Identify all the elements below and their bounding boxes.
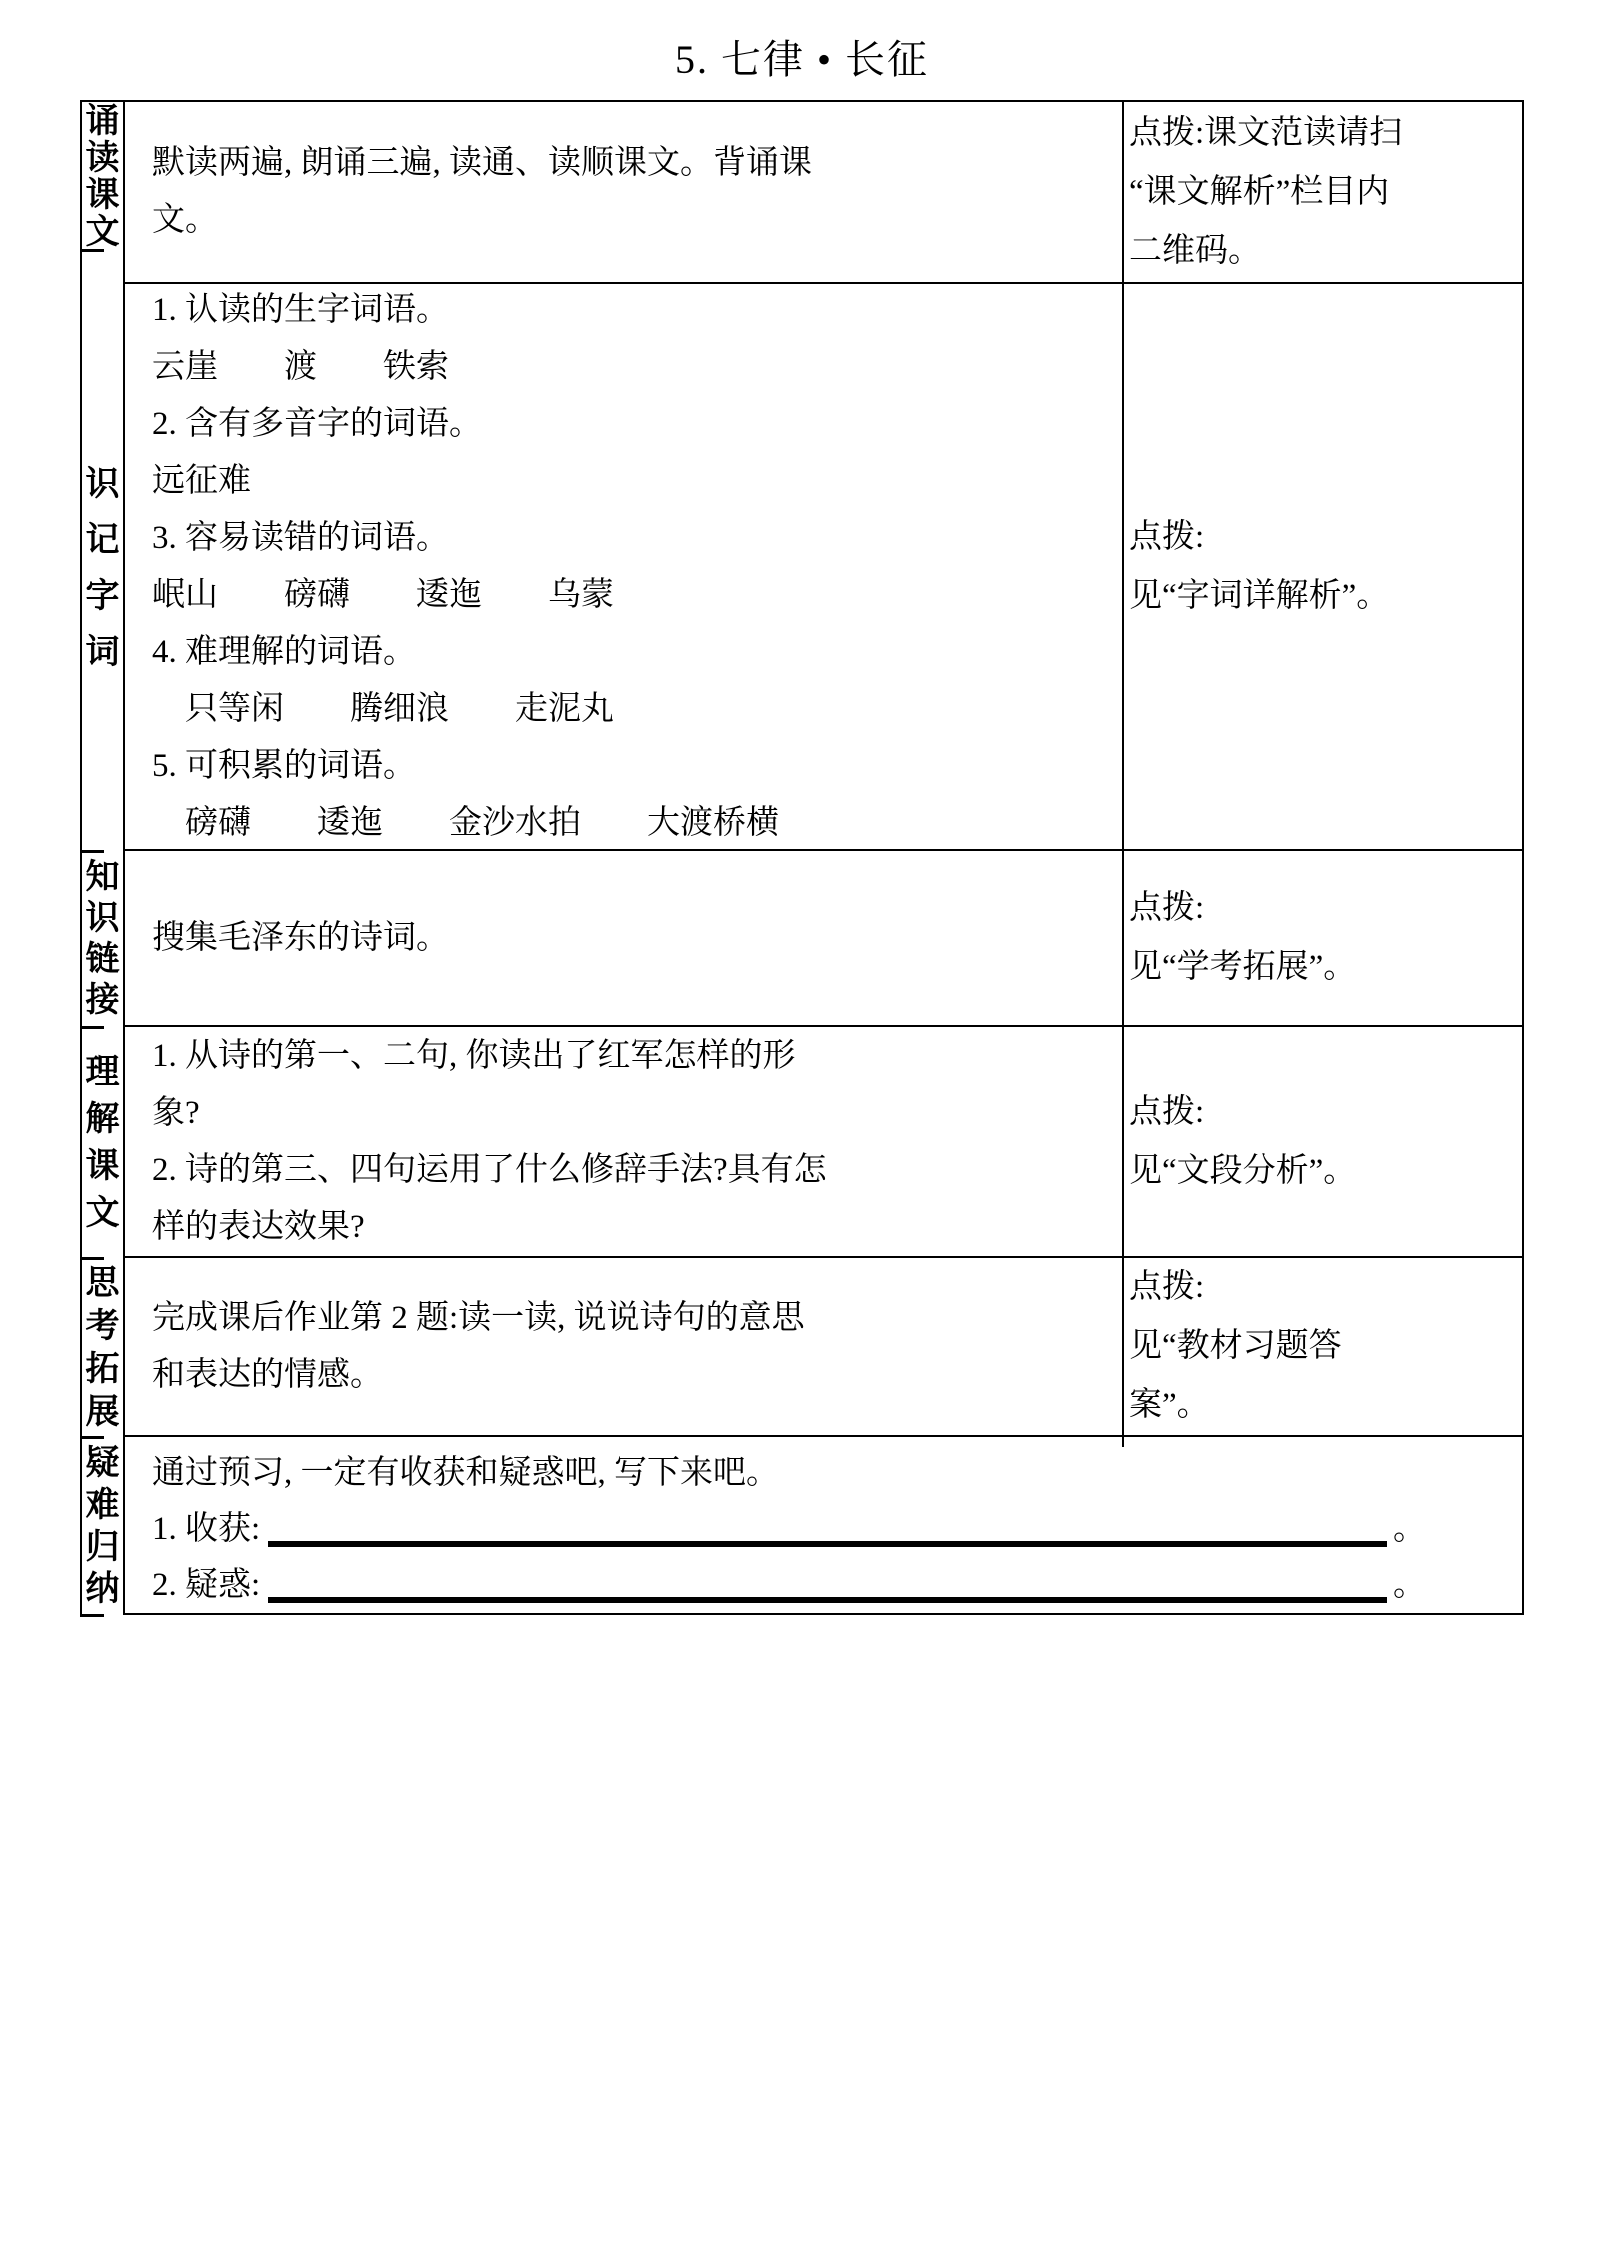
row-tip-understand-text: 点拨: 见“文段分析”。 bbox=[1122, 1027, 1524, 1258]
row-content-recite-text: 默读两遍, 朗诵三遍, 读通、读顺课文。背诵课 文。 bbox=[123, 102, 1122, 284]
row-tip-knowledge-links: 点拨: 见“学考拓展”。 bbox=[1122, 851, 1524, 1027]
content-text: 完成课后作业第 2 题:读一读, 说说诗句的意思 和表达的情感。 bbox=[152, 1290, 1112, 1404]
doubt-underline bbox=[268, 1597, 1387, 1603]
summary-intro-text: 通过预习, 一定有收获和疑惑吧, 写下来吧。 bbox=[152, 1445, 1522, 1501]
tip-text: 点拨: 见“字词详解析”。 bbox=[1129, 508, 1520, 626]
row-tip-think-extend: 点拨: 见“教材习题答 案”。 bbox=[1122, 1258, 1524, 1437]
content-text: 1. 认读的生字词语。 云崖 渡 铁索 2. 含有多音字的词语。 远征难 3. … bbox=[152, 282, 1112, 852]
gain-period: 。 bbox=[1393, 1501, 1426, 1557]
row-content-knowledge-links: 搜集毛泽东的诗词。 bbox=[123, 851, 1122, 1027]
doubt-period: 。 bbox=[1393, 1557, 1426, 1613]
row-label-recite-text: 诵读课文 bbox=[80, 102, 123, 284]
row-tip-recite-text: 点拨:课文范读请扫 “课文解析”栏目内 二维码。 bbox=[1122, 102, 1524, 284]
content-text: 默读两遍, 朗诵三遍, 读通、读顺课文。背诵课 文。 bbox=[152, 135, 1112, 249]
row-content-questions-summary: 通过预习, 一定有收获和疑惑吧, 写下来吧。 1. 收获: 。 2. 疑惑: 。 bbox=[123, 1437, 1524, 1615]
gain-blank-line: 1. 收获: 。 bbox=[152, 1501, 1522, 1557]
row-content-think-extend: 完成课后作业第 2 题:读一读, 说说诗句的意思 和表达的情感。 bbox=[123, 1258, 1122, 1437]
doubt-label: 2. 疑惑: bbox=[152, 1557, 260, 1613]
page-title: 5. 七律 • 长征 bbox=[80, 34, 1524, 86]
gain-label: 1. 收获: bbox=[152, 1501, 260, 1557]
tip-text: 点拨:课文范读请扫 “课文解析”栏目内 二维码。 bbox=[1129, 104, 1520, 281]
content-text: 1. 从诗的第一、二句, 你读出了红军怎样的形 象? 2. 诗的第三、四句运用了… bbox=[152, 1028, 1112, 1256]
doubt-blank-line: 2. 疑惑: 。 bbox=[152, 1557, 1522, 1613]
row-label-understand-text: 理解课文 bbox=[80, 1027, 123, 1258]
row-label-knowledge-links: 知识链接 bbox=[80, 851, 123, 1027]
row-content-memorize-words: 1. 认读的生字词语。 云崖 渡 铁索 2. 含有多音字的词语。 远征难 3. … bbox=[123, 284, 1122, 851]
row-tip-memorize-words: 点拨: 见“字词详解析”。 bbox=[1122, 284, 1524, 851]
tip-text: 点拨: 见“教材习题答 案”。 bbox=[1129, 1258, 1520, 1435]
tip-text: 点拨: 见“学考拓展”。 bbox=[1129, 879, 1520, 997]
tip-text: 点拨: 见“文段分析”。 bbox=[1129, 1083, 1520, 1201]
row-content-understand-text: 1. 从诗的第一、二句, 你读出了红军怎样的形 象? 2. 诗的第三、四句运用了… bbox=[123, 1027, 1122, 1258]
row-label-questions-summary: 疑难归纳 bbox=[80, 1437, 123, 1615]
row-label-think-extend: 思考拓展 bbox=[80, 1258, 123, 1437]
content-text: 搜集毛泽东的诗词。 bbox=[152, 910, 1112, 967]
worksheet-table: 诵读课文 默读两遍, 朗诵三遍, 读通、读顺课文。背诵课 文。 点拨:课文范读请… bbox=[80, 100, 1524, 1615]
gain-underline bbox=[268, 1541, 1387, 1547]
row-label-memorize-words: 识记字词 bbox=[80, 284, 123, 851]
